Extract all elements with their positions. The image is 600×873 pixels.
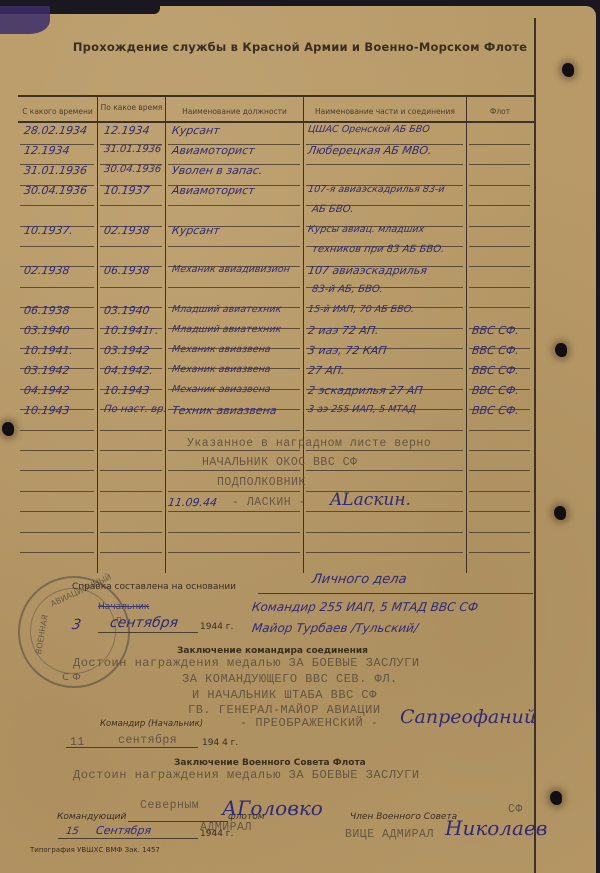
cell-unit: 15-й ИАП, 70 АБ БВО. [307,304,415,315]
cell-from: 04.1942 [23,384,70,397]
row-line [469,552,530,553]
council-member-rank: ВИЦЕ АДМИРАЛ [345,828,434,841]
commander-conclusion-signature: Сапреофаний [400,706,536,728]
row-line [100,430,162,431]
cell-to: 10.1941г. [103,324,160,337]
row-line [100,287,162,288]
commander-line: Командир 255 ИАП, 5 МТАД ВВС СФ [251,600,479,614]
row-line [20,511,94,512]
row-line [20,450,94,451]
cell-from: 03.1940 [23,324,70,337]
cell-position: Младший авиатехник [171,304,282,315]
row-line [20,470,94,471]
row-line [100,532,162,533]
commander-conclusion-line-2: ЗА КОМАНДУЮЩЕГО ВВС СЕВ. ФЛ. [182,672,398,686]
cell-from: 12.1934 [23,144,70,157]
row-line [469,226,530,227]
row-line [469,246,530,247]
year-prefix: 194 [200,622,217,632]
fleet-name: Северным [140,799,199,812]
row-line [100,470,162,471]
commander-conclusion-line-4: ГВ. ГЕНЕРАЛ-МАЙОР АВИАЦИИ [188,703,381,717]
cell-from: 30.04.1936 [23,184,88,197]
row-line [20,430,94,431]
column-header: Наименование должности [166,107,303,116]
cell-unit: 107-я авиаэскадрилья 83-й [307,184,445,195]
cell-unit-continued: 83-й АБ, БВО. [311,284,383,295]
row-line [469,307,530,308]
year-suffix: 4 г. [217,622,233,632]
row-line [469,532,530,533]
header-bottom-rule [18,121,534,123]
cell-fleet: ВВС СФ. [471,324,520,337]
cell-unit: 3 иаэ, 72 КАП [307,344,387,357]
row-line [20,532,94,533]
punch-hole-mid [554,506,566,520]
punch-hole-row [555,343,567,357]
cell-to: 03.1940 [103,304,150,317]
cell-unit: 27 АП. [307,364,346,377]
cell-fleet: ВВС СФ. [471,344,520,357]
award-sheet-page: Прохождение службы в Красной Армии и Вое… [0,6,596,873]
cell-unit: 2 эскадрилья 27 АП [307,384,423,397]
punch-hole-top [562,63,574,77]
council-member-signature: Николаев [445,816,547,840]
row-line [168,532,300,533]
cell-to: 30.04.1936 [103,164,162,175]
row-line [168,491,300,492]
council-date-month: Сентября [95,824,152,837]
basis-value: Личного дела [311,572,408,587]
cell-position: Механик авиазвена [171,384,271,395]
row-line [100,511,162,512]
row-line [469,266,530,267]
basis-date-month: сентября [109,615,179,631]
row-line [306,470,463,471]
cell-unit: ЦШАС Оренской АБ БВО [307,124,430,135]
punch-hole-left [2,422,14,436]
cell-from: 31.01.1936 [23,164,88,177]
commander-date-month-underline [98,747,198,748]
cell-unit: 2 иаэ 72 АП. [307,324,380,337]
verification-name: - ЛАСКИН - [232,496,306,509]
printer-imprint: Типография УВШХС ВМФ Зак. 1457 [30,846,160,854]
cell-to: 10.1943 [103,384,150,397]
column-header: С какого времени [18,107,97,116]
row-line [168,246,300,247]
cell-unit: 107 авиаэскадрилья [307,264,428,277]
cell-from: 02.1938 [23,264,70,277]
cell-to: 03.1942 [103,344,150,357]
row-line [469,491,530,492]
verification-date: 11.09.44 [167,496,218,509]
cell-position: Младший авиатехник [171,324,282,335]
column-header: Наименование части и соединения [304,107,466,116]
row-line [469,287,530,288]
commander-date-month: сентября [118,734,177,747]
cell-position: Механик авиадивизион [171,264,290,275]
commander-date-day: 11 [70,736,85,749]
row-line [20,287,94,288]
council-date-day: 15 [65,826,79,837]
council-conclusion-line-1: Достоин награждения медалью ЗА БОЕВЫЕ ЗА… [73,768,420,782]
cell-position: Авиамоторист [171,184,255,197]
row-line [469,470,530,471]
cell-from: 03.1942 [23,364,70,377]
basis-underline [258,593,533,594]
cell-fleet: ВВС СФ. [471,364,520,377]
row-line [168,552,300,553]
row-line [168,450,300,451]
cell-position: Механик авиазвена [171,364,271,375]
row-line [469,430,530,431]
cell-position: Курсант [171,124,221,137]
row-line [100,246,162,247]
section-title: Прохождение службы в Красной Армии и Вое… [0,40,600,54]
cell-unit: Люберецкая АБ МВО. [307,144,432,157]
cell-from: 06.1938 [23,304,70,317]
chief-label-crossed: Начальник [98,602,149,612]
cell-to: 31.01.1936 [103,144,162,155]
commander-date-year: 194 4 г. [202,738,238,748]
cell-from: 10.1943 [23,404,70,417]
row-line [469,511,530,512]
commander-conclusion-line-1: Достоин награждения медалью ЗА БОЕВЫЕ ЗА… [73,656,420,670]
right-margin-rule [534,18,536,873]
ink-stain [0,6,50,34]
row-line [168,205,300,206]
year-prefix: 194 [202,738,219,748]
column-header: По какое время [98,103,165,112]
punch-hole-bottom [550,791,562,805]
fleet-commander-signature: АГоловко [222,796,323,820]
council-date-underline [58,838,198,839]
cell-position: Курсант [171,224,221,237]
row-line [20,491,94,492]
year-suffix: 4 г. [222,738,238,748]
cell-from: 28.02.1934 [23,124,88,137]
row-line [20,205,94,206]
row-line [469,205,530,206]
cell-position: Механик авиазвена [171,344,271,355]
row-line [306,532,463,533]
seal-text-bottom: С Ф [62,672,81,683]
cell-position: Уволен в запас. [171,164,263,177]
basis-date-underline [98,632,198,633]
row-line [306,430,463,431]
row-line [469,164,530,165]
header-top-rule [18,95,534,97]
fleet-commander-label: Командующий [57,812,126,822]
cell-unit-continued: АБ БВО. [311,204,354,215]
verification-line-1: Указанное в наградном листе верно [187,437,431,450]
row-line [100,450,162,451]
cell-to: 04.1942. [103,364,154,377]
row-line [168,470,300,471]
cell-to: 10.1937 [103,184,150,197]
column-divider [466,95,467,573]
cell-unit: Курсы авиац. младших [307,224,425,235]
cell-unit-continued: техников при 83 АБ БВО. [311,244,445,255]
cell-unit: 3 аэ 255 ИАП, 5 МТАД [307,404,417,415]
row-line [100,491,162,492]
row-line [469,450,530,451]
basis-label: Справка составлена на основании [72,582,236,592]
row-line [168,430,300,431]
commander-conclusion-name: - ПРЕОБРАЖЕНСКИЙ - [240,716,379,730]
year-prefix: 194 [200,829,217,839]
basis-year: 1944 г. [200,622,233,632]
row-line [100,552,162,553]
council-conclusion-heading: Заключение Военного Совета Флота [174,758,366,768]
verification-signature: ALaскин. [330,490,411,510]
cell-to: По наст. вр. [103,404,167,415]
commander-conclusion-line-3: И НАЧАЛЬНИК ШТАБА ВВС СФ [192,688,377,702]
cell-position: Техник авиазвена [171,404,277,417]
cell-to: 06.1938 [103,264,150,277]
council-member-label: Член Военного Совета [350,812,457,822]
row-line [168,287,300,288]
commander-signature: Майор Турбаев /Тульский/ [251,621,419,635]
commander-role-label: Командир (Начальник) [100,719,203,729]
seal-text-left: ВОЕННАЯ [34,614,50,655]
council-member-suffix: СФ [508,803,523,816]
row-line [306,511,463,512]
row-line [306,552,463,553]
cell-fleet: ВВС СФ. [471,384,520,397]
row-line [306,450,463,451]
verification-line-3: ПОДПОЛКОВНИК [217,476,306,489]
column-divider [97,95,98,573]
cell-fleet: ВВС СФ. [471,404,520,417]
row-line [469,144,530,145]
council-date-year: 1944 г. [200,829,233,839]
cell-position: Авиамоторист [171,144,255,157]
commander-conclusion-heading: Заключение командира соединения [177,646,368,656]
row-line [168,511,300,512]
column-header: Флот [467,107,533,116]
verification-line-2: НАЧАЛЬНИК ОКОС ВВС СФ [202,456,357,469]
row-line [20,552,94,553]
row-line [469,185,530,186]
cell-to: 12.1934 [103,124,150,137]
cell-from: 10.1941. [23,344,74,357]
cell-to: 02.1938 [103,224,150,237]
row-line [100,205,162,206]
cell-from: 10.1937. [23,224,74,237]
column-divider [165,95,166,573]
row-line [306,164,463,165]
year-suffix: 4 г. [217,829,233,839]
row-line [20,246,94,247]
